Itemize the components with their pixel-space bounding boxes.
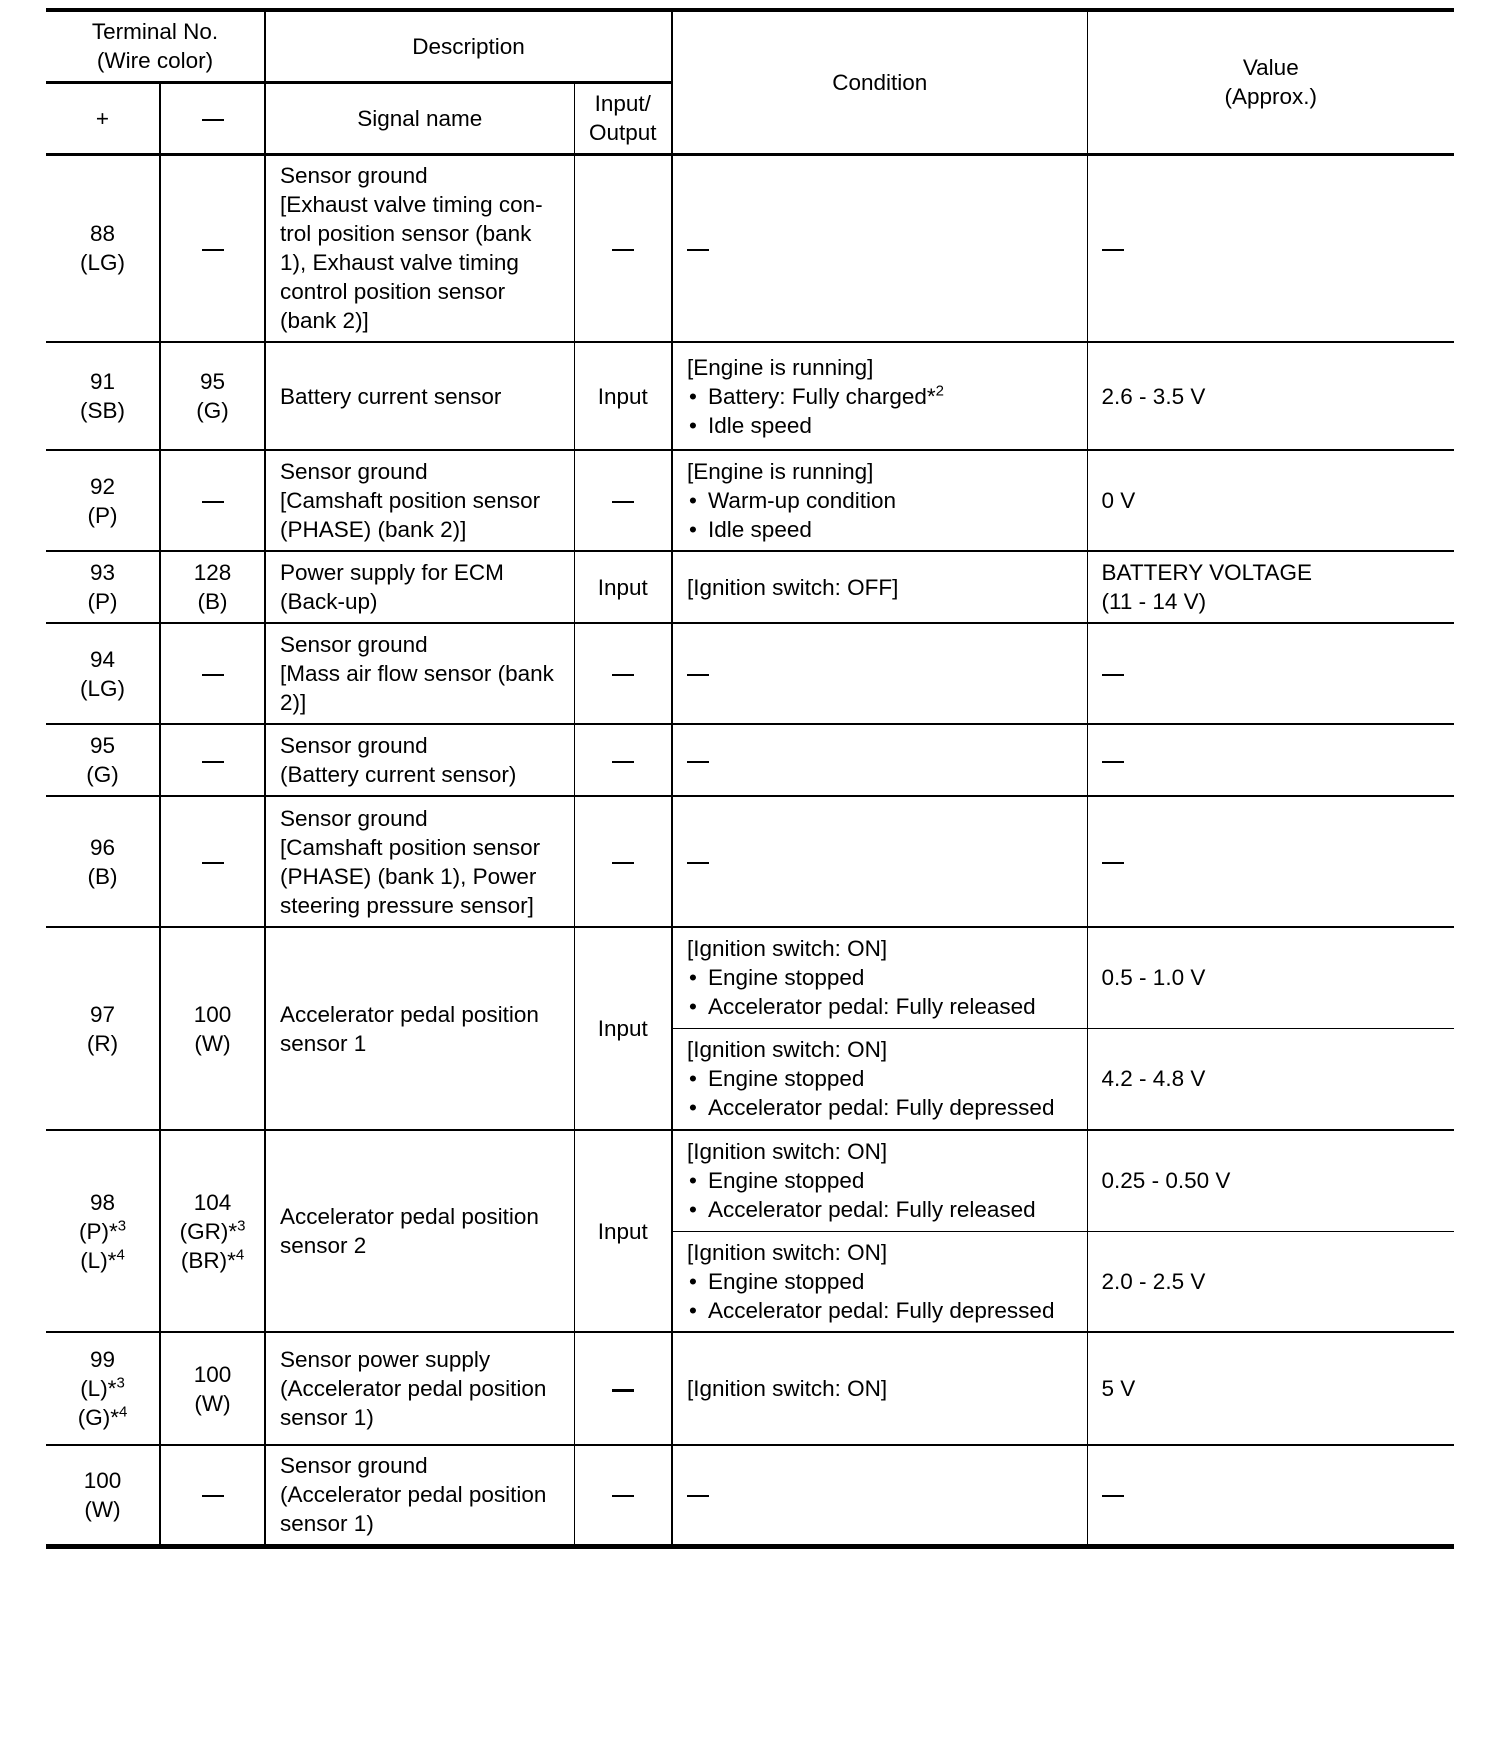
input-output: [574, 1332, 672, 1445]
signal-name-line: (bank 2)]: [280, 306, 560, 335]
condition-bullet: Engine stopped: [687, 1267, 1073, 1296]
terminal-minus-wire-color-alt: (BR)*4: [165, 1246, 260, 1275]
dash-icon: [612, 501, 634, 503]
dash-icon: [1102, 1495, 1124, 1497]
dash-icon: [202, 674, 224, 676]
signal-name-line: Sensor ground: [280, 1451, 560, 1480]
dash-icon: [687, 249, 709, 251]
header-input-label: Input/: [579, 89, 668, 118]
terminal-plus-wire-color: (P): [50, 587, 155, 616]
value: [1087, 1445, 1454, 1546]
dash-icon: [1102, 249, 1124, 251]
terminal-minus: 95(G): [160, 342, 265, 450]
input-output: Input: [574, 551, 672, 623]
signal-name: Sensor ground(Accelerator pedal position…: [265, 1445, 574, 1546]
terminal-plus-number: 95: [50, 731, 155, 760]
signal-name-line: sensor 1): [280, 1403, 560, 1432]
header-output-label: Output: [579, 118, 668, 147]
dash-icon: [202, 501, 224, 503]
terminal-minus-wire-color: (W): [165, 1389, 260, 1418]
value-line: 0 V: [1102, 486, 1441, 515]
terminal-minus: [160, 623, 265, 724]
terminal-minus-number: 100: [165, 1000, 260, 1029]
terminal-plus-wire-color: (B): [50, 862, 155, 891]
signal-name-line: [Camshaft position sensor: [280, 833, 560, 862]
dash-icon: [612, 249, 634, 251]
value-line: 0.5 - 1.0 V: [1102, 963, 1441, 992]
signal-name-line: [Camshaft position sensor: [280, 486, 560, 515]
signal-name-line: Sensor ground: [280, 731, 560, 760]
condition-bullet: Accelerator pedal: Fully depressed: [687, 1093, 1073, 1122]
terminal-plus: 98(P)*3(L)*4: [46, 1130, 160, 1332]
header-plus: +: [46, 82, 160, 154]
signal-name-line: 1), Exhaust valve timing: [280, 248, 560, 277]
condition-title: [Ignition switch: ON]: [687, 1137, 1073, 1166]
dash-icon: [1102, 674, 1124, 676]
terminal-plus: 99(L)*3(G)*4: [46, 1332, 160, 1445]
signal-name-line: (Back-up): [280, 587, 560, 616]
terminal-minus-wire-color: (GR)*3: [165, 1217, 260, 1246]
terminal-minus: [160, 450, 265, 551]
terminal-plus: 100(W): [46, 1445, 160, 1546]
header-description: Description: [265, 10, 672, 82]
signal-name-line: Accelerator pedal position: [280, 1202, 560, 1231]
signal-name-line: Power supply for ECM: [280, 558, 560, 587]
header-condition: Condition: [672, 10, 1087, 154]
value: BATTERY VOLTAGE(11 - 14 V): [1087, 551, 1454, 623]
condition-bullet: Accelerator pedal: Fully released: [687, 992, 1073, 1021]
value-line: 0.25 - 0.50 V: [1102, 1166, 1441, 1195]
header-terminal-no: Terminal No. (Wire color): [46, 10, 265, 82]
condition-title: [Ignition switch: ON]: [687, 1035, 1073, 1064]
condition-bullet: Accelerator pedal: Fully released: [687, 1195, 1073, 1224]
terminal-minus-number: 100: [165, 1360, 260, 1389]
terminal-plus-wire-color: (G): [50, 760, 155, 789]
dash-icon: [1102, 862, 1124, 864]
signal-name: Accelerator pedal positionsensor 2: [265, 1130, 574, 1332]
signal-name-line: [Mass air flow sensor (bank: [280, 659, 560, 688]
input-output: [574, 623, 672, 724]
value-line: 5 V: [1102, 1374, 1441, 1403]
terminal-plus-number: 96: [50, 833, 155, 862]
terminal-minus: [160, 724, 265, 796]
terminal-minus-wire-color: (W): [165, 1029, 260, 1058]
condition-title: [Engine is running]: [687, 353, 1073, 382]
signal-name-line: trol position sensor (bank: [280, 219, 560, 248]
condition-bullet: Accelerator pedal: Fully depressed: [687, 1296, 1073, 1325]
value: [1087, 623, 1454, 724]
signal-name-line: Sensor ground: [280, 457, 560, 486]
condition-bullets: Warm-up conditionIdle speed: [687, 486, 1073, 544]
condition-title: [Ignition switch: ON]: [687, 934, 1073, 963]
dash-icon: [1102, 761, 1124, 763]
input-output: [574, 1445, 672, 1546]
value: 0.5 - 1.0 V: [1087, 927, 1454, 1028]
value: [1087, 154, 1454, 342]
dash-icon: [202, 1495, 224, 1497]
terminal-plus-wire-color-alt: (L)*4: [50, 1246, 155, 1275]
terminal-plus-number: 88: [50, 219, 155, 248]
signal-name-line: (Accelerator pedal position: [280, 1374, 560, 1403]
terminal-plus: 92(P): [46, 450, 160, 551]
terminal-minus-number: 95: [165, 367, 260, 396]
signal-name-line: sensor 1: [280, 1029, 560, 1058]
condition-bullet: Engine stopped: [687, 963, 1073, 992]
condition-bullet: Idle speed: [687, 515, 1073, 544]
signal-name-line: Sensor power supply: [280, 1345, 560, 1374]
terminal-plus-number: 99: [50, 1345, 155, 1374]
signal-name-line: 2)]: [280, 688, 560, 717]
signal-name-line: (PHASE) (bank 2)]: [280, 515, 560, 544]
condition: [672, 154, 1087, 342]
table-row: 99(L)*3(G)*4100(W)Sensor power supply(Ac…: [46, 1332, 1454, 1445]
value: 0.25 - 0.50 V: [1087, 1130, 1454, 1231]
terminal-plus-wire-color: (W): [50, 1495, 155, 1524]
terminal-minus: 104(GR)*3(BR)*4: [160, 1130, 265, 1332]
signal-name-line: (Battery current sensor): [280, 760, 560, 789]
terminal-plus-wire-color-alt: (G)*4: [50, 1403, 155, 1432]
condition: [Engine is running]Battery: Fully charge…: [672, 342, 1087, 450]
signal-name-line: [Exhaust valve timing con-: [280, 190, 560, 219]
terminal-plus: 95(G): [46, 724, 160, 796]
table-row: 93(P)128(B)Power supply for ECM(Back-up)…: [46, 551, 1454, 623]
input-output: Input: [574, 1130, 672, 1332]
terminal-plus-wire-color: (SB): [50, 396, 155, 425]
condition-title: [Ignition switch: ON]: [687, 1374, 1073, 1403]
signal-name-line: Sensor ground: [280, 804, 560, 833]
value-line: 4.2 - 4.8 V: [1102, 1064, 1441, 1093]
condition-bullet: Engine stopped: [687, 1064, 1073, 1093]
value-line: 2.0 - 2.5 V: [1102, 1267, 1441, 1296]
terminal-plus-wire-color: (P)*3: [50, 1217, 155, 1246]
terminal-plus-number: 97: [50, 1000, 155, 1029]
signal-name-line: (Accelerator pedal position: [280, 1480, 560, 1509]
table-row: 97(R)100(W)Accelerator pedal positionsen…: [46, 927, 1454, 1028]
dash-icon: [687, 674, 709, 676]
header-value-label: Value: [1092, 53, 1451, 82]
condition: [Ignition switch: OFF]: [672, 551, 1087, 623]
terminal-plus-number: 91: [50, 367, 155, 396]
terminal-minus-number: 104: [165, 1188, 260, 1217]
header-value: Value (Approx.): [1087, 10, 1454, 154]
signal-name-line: sensor 2: [280, 1231, 560, 1260]
terminal-plus-wire-color: (R): [50, 1029, 155, 1058]
header-input-output: Input/ Output: [574, 82, 672, 154]
header-approx-label: (Approx.): [1092, 82, 1451, 111]
condition: [Engine is running]Warm-up conditionIdle…: [672, 450, 1087, 551]
signal-name: Sensor power supply(Accelerator pedal po…: [265, 1332, 574, 1445]
terminal-plus-wire-color: (LG): [50, 248, 155, 277]
terminal-plus: 96(B): [46, 796, 160, 927]
value-line: 2.6 - 3.5 V: [1102, 382, 1441, 411]
terminal-plus: 97(R): [46, 927, 160, 1130]
table-row: 98(P)*3(L)*4104(GR)*3(BR)*4Accelerator p…: [46, 1130, 1454, 1231]
signal-name-line: control position sensor: [280, 277, 560, 306]
input-output: Input: [574, 342, 672, 450]
terminal-plus-wire-color: (P): [50, 501, 155, 530]
signal-name: Sensor ground[Camshaft position sensor(P…: [265, 796, 574, 927]
dash-icon: [687, 761, 709, 763]
condition-bullet: Battery: Fully charged*2: [687, 382, 1073, 411]
input-output: [574, 724, 672, 796]
signal-name-line: sensor 1): [280, 1509, 560, 1538]
value: 2.6 - 3.5 V: [1087, 342, 1454, 450]
condition-bullets: Engine stoppedAccelerator pedal: Fully d…: [687, 1064, 1073, 1122]
header-wire-color-label: (Wire color): [50, 46, 260, 75]
dash-icon: [202, 249, 224, 251]
terminal-plus: 88(LG): [46, 154, 160, 342]
signal-name: Sensor ground[Exhaust valve timing con-t…: [265, 154, 574, 342]
input-output: [574, 450, 672, 551]
table-row: 96(B)Sensor ground[Camshaft position sen…: [46, 796, 1454, 927]
input-output: [574, 154, 672, 342]
table-row: 92(P)Sensor ground[Camshaft position sen…: [46, 450, 1454, 551]
dash-icon: [612, 761, 634, 763]
condition: [672, 724, 1087, 796]
terminal-minus: [160, 796, 265, 927]
terminal-plus: 94(LG): [46, 623, 160, 724]
value: 4.2 - 4.8 V: [1087, 1028, 1454, 1130]
condition: [672, 796, 1087, 927]
terminal-minus-wire-color: (G): [165, 396, 260, 425]
condition-title: [Ignition switch: ON]: [687, 1238, 1073, 1267]
condition: [Ignition switch: ON]Engine stoppedAccel…: [672, 1028, 1087, 1130]
terminal-minus: 100(W): [160, 927, 265, 1130]
condition-bullets: Engine stoppedAccelerator pedal: Fully r…: [687, 963, 1073, 1021]
terminal-plus-wire-color: (L)*3: [50, 1374, 155, 1403]
condition-title: [Engine is running]: [687, 457, 1073, 486]
condition: [Ignition switch: ON]Engine stoppedAccel…: [672, 1231, 1087, 1332]
signal-name: Sensor ground(Battery current sensor): [265, 724, 574, 796]
value: 5 V: [1087, 1332, 1454, 1445]
condition: [Ignition switch: ON]Engine stoppedAccel…: [672, 1130, 1087, 1231]
condition-bullet: Idle speed: [687, 411, 1073, 440]
value: [1087, 796, 1454, 927]
terminal-plus: 93(P): [46, 551, 160, 623]
terminal-minus: 128(B): [160, 551, 265, 623]
terminal-plus-number: 92: [50, 472, 155, 501]
condition-bullet: Engine stopped: [687, 1166, 1073, 1195]
dash-icon: [687, 1495, 709, 1497]
table-row: 91(SB)95(G)Battery current sensorInput[E…: [46, 342, 1454, 450]
signal-name: Accelerator pedal positionsensor 1: [265, 927, 574, 1130]
condition-bullet: Warm-up condition: [687, 486, 1073, 515]
terminal-minus: [160, 154, 265, 342]
terminal-minus-wire-color: (B): [165, 587, 260, 616]
signal-name-line: Sensor ground: [280, 161, 560, 190]
terminal-plus-number: 98: [50, 1188, 155, 1217]
dash-icon: [612, 1495, 634, 1497]
value: 0 V: [1087, 450, 1454, 551]
terminal-minus-number: 128: [165, 558, 260, 587]
table-body: 88(LG)Sensor ground[Exhaust valve timing…: [46, 154, 1454, 1546]
value: [1087, 724, 1454, 796]
condition: [672, 623, 1087, 724]
table-row: 94(LG)Sensor ground[Mass air flow sensor…: [46, 623, 1454, 724]
header-terminal-no-label: Terminal No.: [50, 17, 260, 46]
condition: [Ignition switch: ON]Engine stoppedAccel…: [672, 927, 1087, 1028]
condition-bullets: Engine stoppedAccelerator pedal: Fully d…: [687, 1267, 1073, 1325]
table-row: 95(G)Sensor ground(Battery current senso…: [46, 724, 1454, 796]
signal-name-line: steering pressure sensor]: [280, 891, 560, 920]
terminal-plus-wire-color: (LG): [50, 674, 155, 703]
signal-name: Sensor ground[Mass air flow sensor (bank…: [265, 623, 574, 724]
terminal-plus-number: 93: [50, 558, 155, 587]
header-signal-name: Signal name: [265, 82, 574, 154]
terminal-plus-number: 94: [50, 645, 155, 674]
input-output: Input: [574, 927, 672, 1130]
signal-name: Power supply for ECM(Back-up): [265, 551, 574, 623]
condition: [Ignition switch: ON]: [672, 1332, 1087, 1445]
signal-name-line: Battery current sensor: [280, 382, 560, 411]
terminal-minus: 100(W): [160, 1332, 265, 1445]
signal-name-line: Accelerator pedal position: [280, 1000, 560, 1029]
value-line: BATTERY VOLTAGE: [1102, 558, 1441, 587]
value: 2.0 - 2.5 V: [1087, 1231, 1454, 1332]
table-row: 88(LG)Sensor ground[Exhaust valve timing…: [46, 154, 1454, 342]
dash-icon: [687, 862, 709, 864]
value-line: (11 - 14 V): [1102, 587, 1441, 616]
condition-bullets: Battery: Fully charged*2Idle speed: [687, 382, 1073, 440]
table-row: 100(W)Sensor ground(Accelerator pedal po…: [46, 1445, 1454, 1546]
dash-icon: [612, 1389, 634, 1392]
minus-dash-icon: [202, 119, 224, 121]
dash-icon: [612, 674, 634, 676]
signal-name: Sensor ground[Camshaft position sensor(P…: [265, 450, 574, 551]
signal-name: Battery current sensor: [265, 342, 574, 450]
input-output: [574, 796, 672, 927]
dash-icon: [202, 761, 224, 763]
terminal-plus-number: 100: [50, 1466, 155, 1495]
signal-name-line: Sensor ground: [280, 630, 560, 659]
terminal-plus: 91(SB): [46, 342, 160, 450]
condition-title: [Ignition switch: OFF]: [687, 573, 1073, 602]
dash-icon: [202, 862, 224, 864]
terminal-minus: [160, 1445, 265, 1546]
signal-name-line: (PHASE) (bank 1), Power: [280, 862, 560, 891]
condition-bullets: Engine stoppedAccelerator pedal: Fully r…: [687, 1166, 1073, 1224]
dash-icon: [612, 862, 634, 864]
ecm-terminal-table: Terminal No. (Wire color) Description Co…: [46, 8, 1454, 1549]
condition: [672, 1445, 1087, 1546]
header-minus: [160, 82, 265, 154]
